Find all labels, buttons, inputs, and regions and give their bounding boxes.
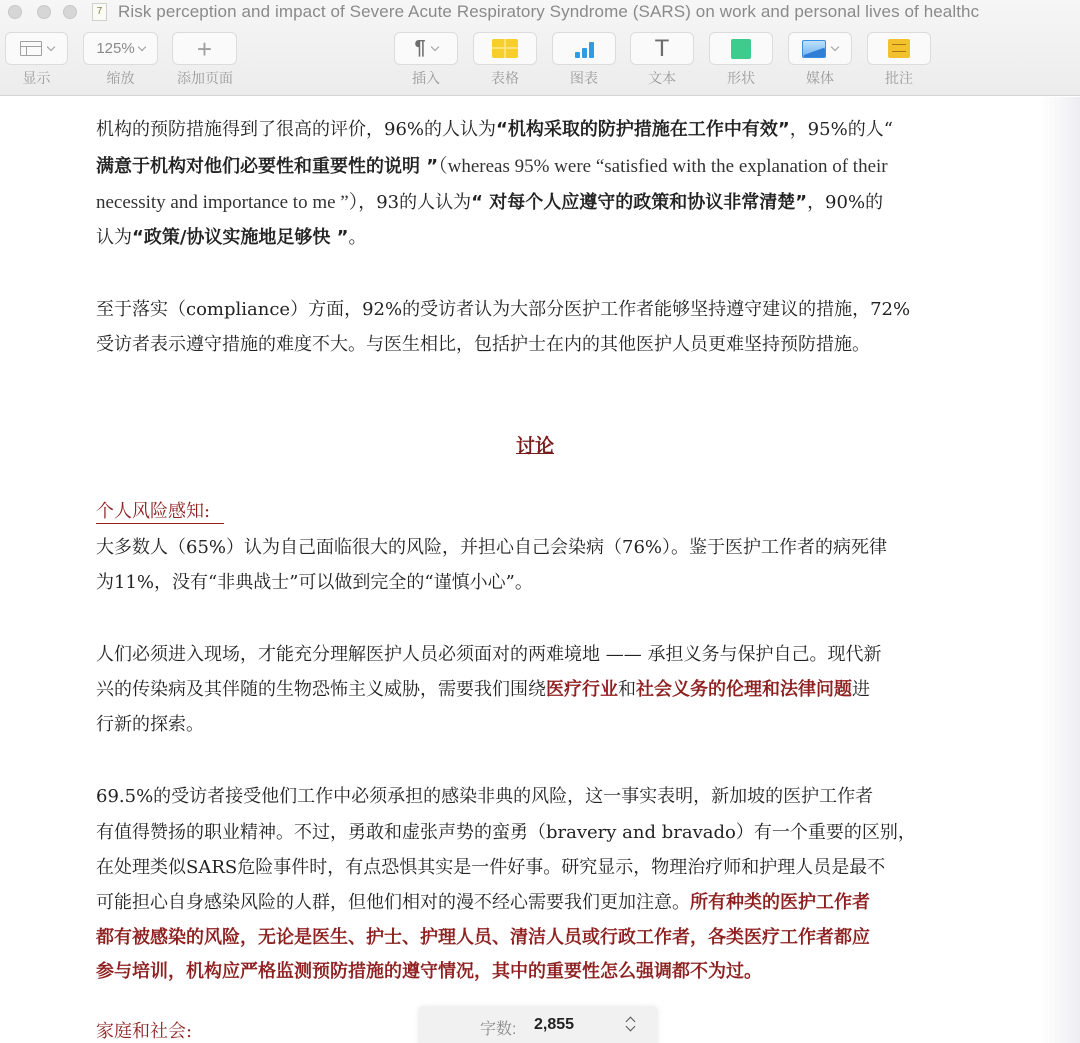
media-icon bbox=[802, 40, 826, 58]
text-run: 兴的传染病及其伴随的生物恐怖主义威胁，需要我们围绕 bbox=[96, 679, 546, 700]
close-window-button[interactable] bbox=[8, 5, 22, 19]
word-count-bar[interactable]: 字数: 2,855 bbox=[418, 1006, 658, 1043]
para5-line4: 可能担心自身感染风险的人群，但他们相对的漫不经心需要我们更加注意。所有种类的医护… bbox=[96, 888, 870, 914]
window-title: Risk perception and impact of Severe Acu… bbox=[118, 2, 979, 22]
window-chrome: 7 Risk perception and impact of Severe A… bbox=[0, 0, 1080, 96]
text-run: ，93的人认为 bbox=[358, 192, 471, 213]
comment-icon bbox=[888, 39, 910, 58]
highlight-run: 所有种类的医护工作者 bbox=[690, 892, 870, 913]
text-run: 机构的预防措施得到了很高的评价，96%的人认为 bbox=[96, 119, 496, 140]
para4-line2: 兴的传染病及其伴随的生物恐怖主义威胁，需要我们围绕医疗行业和社会义务的伦理和法律… bbox=[96, 675, 870, 701]
para1-line3: necessity and importance to me ”），93的人认为… bbox=[96, 187, 883, 214]
chevron-down-icon bbox=[137, 42, 145, 50]
chevron-down-icon bbox=[430, 42, 438, 50]
para5-line3: 在处理类似SARS危险事件时，有点恐惧其实是一件好事。研究显示，物理治疗师和护理… bbox=[96, 853, 885, 879]
title-bar: 7 Risk perception and impact of Severe A… bbox=[0, 0, 1080, 26]
text-run: ，90%的 bbox=[807, 192, 883, 213]
para5-line5: 都有被感染的风险，无论是医生、护士、护理人员、清洁人员或行政工作者，各类医疗工作… bbox=[96, 923, 870, 949]
pilcrow-icon: ¶ bbox=[414, 37, 425, 60]
zoom-select[interactable]: 125% bbox=[83, 32, 158, 65]
table-button[interactable] bbox=[473, 32, 537, 65]
section-heading-discussion: 讨论 bbox=[516, 431, 554, 458]
comment-label: 批注 bbox=[867, 68, 931, 88]
media-label: 媒体 bbox=[788, 68, 852, 88]
text-run: 进 bbox=[852, 679, 870, 700]
text-icon: T bbox=[655, 35, 670, 63]
para5-line2: 有值得赞扬的职业精神。不过，勇敢和虚张声势的蛮勇（bravery and bra… bbox=[96, 818, 916, 844]
para4-line3: 行新的探索。 bbox=[96, 710, 204, 736]
up-down-chevron-icon[interactable] bbox=[624, 1014, 638, 1036]
shape-icon bbox=[731, 39, 751, 59]
document-icon: 7 bbox=[92, 3, 107, 21]
para4-line1: 人们必须进入现场，才能充分理解医护人员必须面对的两难境地 —— 承担义务与保护自… bbox=[96, 640, 881, 666]
word-count-label: 字数: bbox=[480, 1016, 516, 1039]
add-page-label: 添加页面 bbox=[165, 68, 245, 88]
zoom-window-button[interactable] bbox=[63, 5, 77, 19]
zoom-value: 125% bbox=[96, 40, 134, 57]
para5-line1: 69.5%的受访者接受他们工作中必须承担的感染非典的风险，这一事实表明，新加坡的… bbox=[96, 782, 873, 808]
text-run: ，95%的人“ bbox=[790, 119, 893, 140]
zoom-label: 缩放 bbox=[83, 68, 158, 88]
sidebar-layout-icon bbox=[20, 41, 42, 56]
text-label: 文本 bbox=[630, 68, 694, 88]
highlight-run: 社会义务的伦理和法律问题 bbox=[636, 679, 852, 700]
table-icon bbox=[492, 39, 518, 58]
para5-line6: 参与培训，机构应严格监测预防措施的遵守情况，其中的重要性怎么强调都不为过。 bbox=[96, 957, 762, 983]
chart-button[interactable] bbox=[552, 32, 616, 65]
minimize-window-button[interactable] bbox=[37, 5, 51, 19]
word-count-value: 2,855 bbox=[534, 1016, 574, 1034]
insert-button[interactable]: ¶ bbox=[394, 32, 458, 65]
shape-button[interactable] bbox=[709, 32, 773, 65]
bold-run: 满意于机构对他们必要性和重要性的说明 ” bbox=[96, 156, 438, 177]
text-run: 可能担心自身感染风险的人群，但他们相对的漫不经心需要我们更加注意。 bbox=[96, 892, 690, 913]
text-run: 和 bbox=[618, 679, 636, 700]
shape-label: 形状 bbox=[709, 68, 773, 88]
subhead-family-society: 家庭和社会: bbox=[96, 1017, 206, 1043]
chart-label: 图表 bbox=[552, 68, 616, 88]
para3-line2: 为11%，没有“非典战士”可以做到完全的“谨慎小心”。 bbox=[96, 568, 533, 594]
para3-line1: 大多数人（65%）认为自己面临很大的风险，并担心自己会染病（76%）。鉴于医护工… bbox=[96, 533, 887, 559]
display-label: 显示 bbox=[5, 68, 68, 88]
subhead-personal-risk: 个人风险感知: bbox=[96, 497, 224, 524]
text-run: 。 bbox=[349, 227, 367, 248]
english-run: （whereas 95% were “satisfied with the ex… bbox=[438, 156, 888, 177]
comment-button[interactable] bbox=[867, 32, 931, 65]
table-label: 表格 bbox=[473, 68, 537, 88]
display-button[interactable] bbox=[5, 32, 68, 65]
bar-chart-icon bbox=[575, 40, 594, 58]
text-button[interactable]: T bbox=[630, 32, 694, 65]
bold-run: “机构采取的防护措施在工作中有效” bbox=[496, 119, 790, 140]
para1-line2: 满意于机构对他们必要性和重要性的说明 ”（whereas 95% were “s… bbox=[96, 151, 888, 178]
para1-line1: 机构的预防措施得到了很高的评价，96%的人认为“机构采取的防护措施在工作中有效”… bbox=[96, 115, 893, 141]
text-run: 认为 bbox=[96, 227, 132, 248]
document-page[interactable]: 机构的预防措施得到了很高的评价，96%的人认为“机构采取的防护措施在工作中有效”… bbox=[0, 97, 1080, 1043]
chevron-down-icon bbox=[46, 42, 54, 50]
insert-label: 插入 bbox=[394, 68, 458, 88]
highlight-run: 医疗行业 bbox=[546, 679, 618, 700]
para2-line2: 受访者表示遵守措施的难度不大。与医生相比，包括护士在内的其他医护人员更难坚持预防… bbox=[96, 330, 870, 356]
add-page-button[interactable]: + bbox=[172, 32, 237, 65]
bold-run: “政策/协议实施地足够快 ” bbox=[132, 227, 349, 248]
para2-line1: 至于落实（compliance）方面，92%的受访者认为大部分医护工作者能够坚持… bbox=[96, 295, 910, 321]
chevron-down-icon bbox=[831, 42, 839, 50]
plus-icon: + bbox=[197, 36, 212, 62]
para1-line4: 认为“政策/协议实施地足够快 ”。 bbox=[96, 223, 367, 249]
media-button[interactable] bbox=[788, 32, 852, 65]
english-run: necessity and importance to me ”） bbox=[96, 192, 358, 213]
bold-run: “ 对每个人应遵守的政策和协议非常清楚” bbox=[471, 192, 807, 213]
